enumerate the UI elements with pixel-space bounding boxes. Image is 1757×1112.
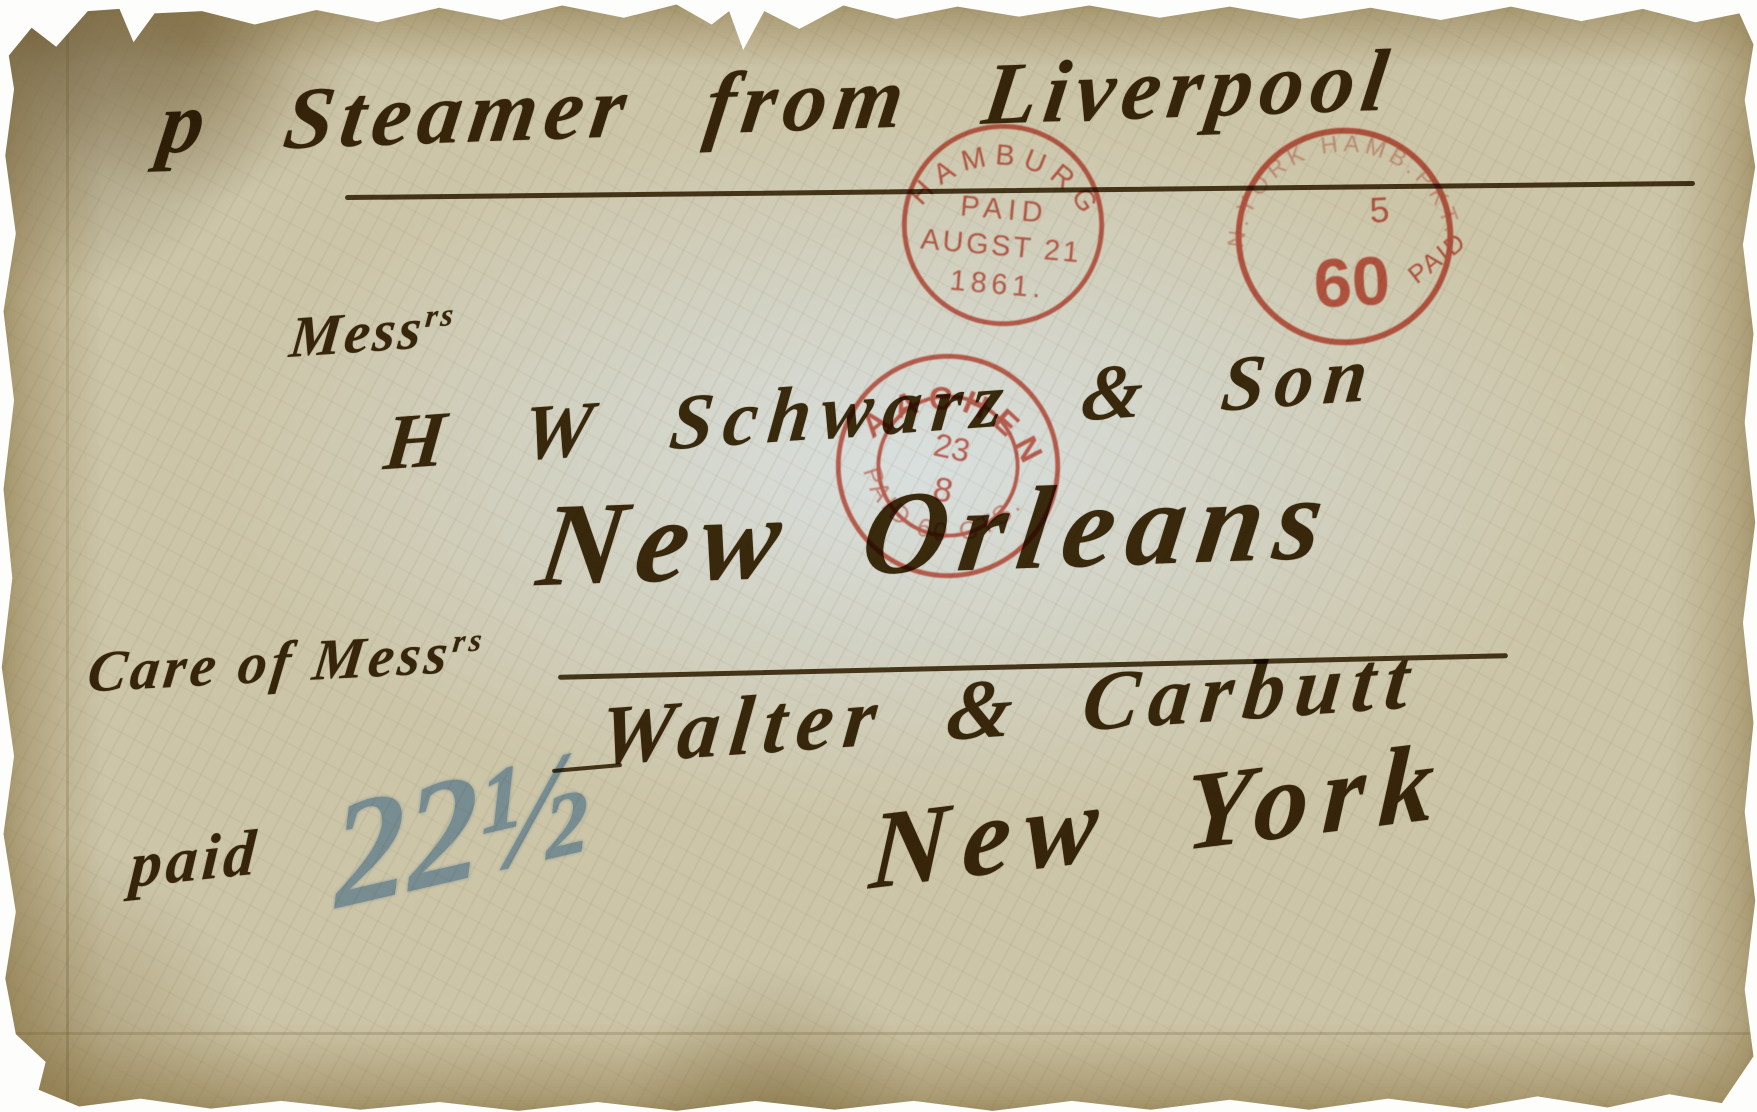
new-york-paid: PAID xyxy=(1403,227,1472,289)
envelope: p Steamer from Liverpool Messrs H W Schw… xyxy=(0,0,1757,1112)
bottom-fold-crease xyxy=(0,1032,1757,1035)
blue-crayon-rate: 22½ xyxy=(314,715,608,942)
salutation: Messrs xyxy=(288,292,458,370)
hamburg-date: AUGST 21 xyxy=(919,224,1083,270)
destination-city: New Orleans xyxy=(538,450,1337,614)
envelope-scan: p Steamer from Liverpool Messrs H W Schw… xyxy=(0,0,1757,1112)
hamburg-paid: PAID xyxy=(959,191,1049,231)
new-york-rate-small: 5 xyxy=(1369,190,1391,230)
left-fold-crease xyxy=(66,0,69,1112)
new-york-postmark: N.YORK HAMB.PKT. 5 60 PAID xyxy=(1216,108,1473,365)
paid-notation: paid xyxy=(126,815,263,902)
care-of-line: Care of Messrs xyxy=(87,618,487,706)
hamburg-year: 1861. xyxy=(949,265,1047,305)
routing-note: p Steamer from Liverpool xyxy=(159,30,1396,174)
new-york-rate-large: 60 xyxy=(1312,242,1392,323)
